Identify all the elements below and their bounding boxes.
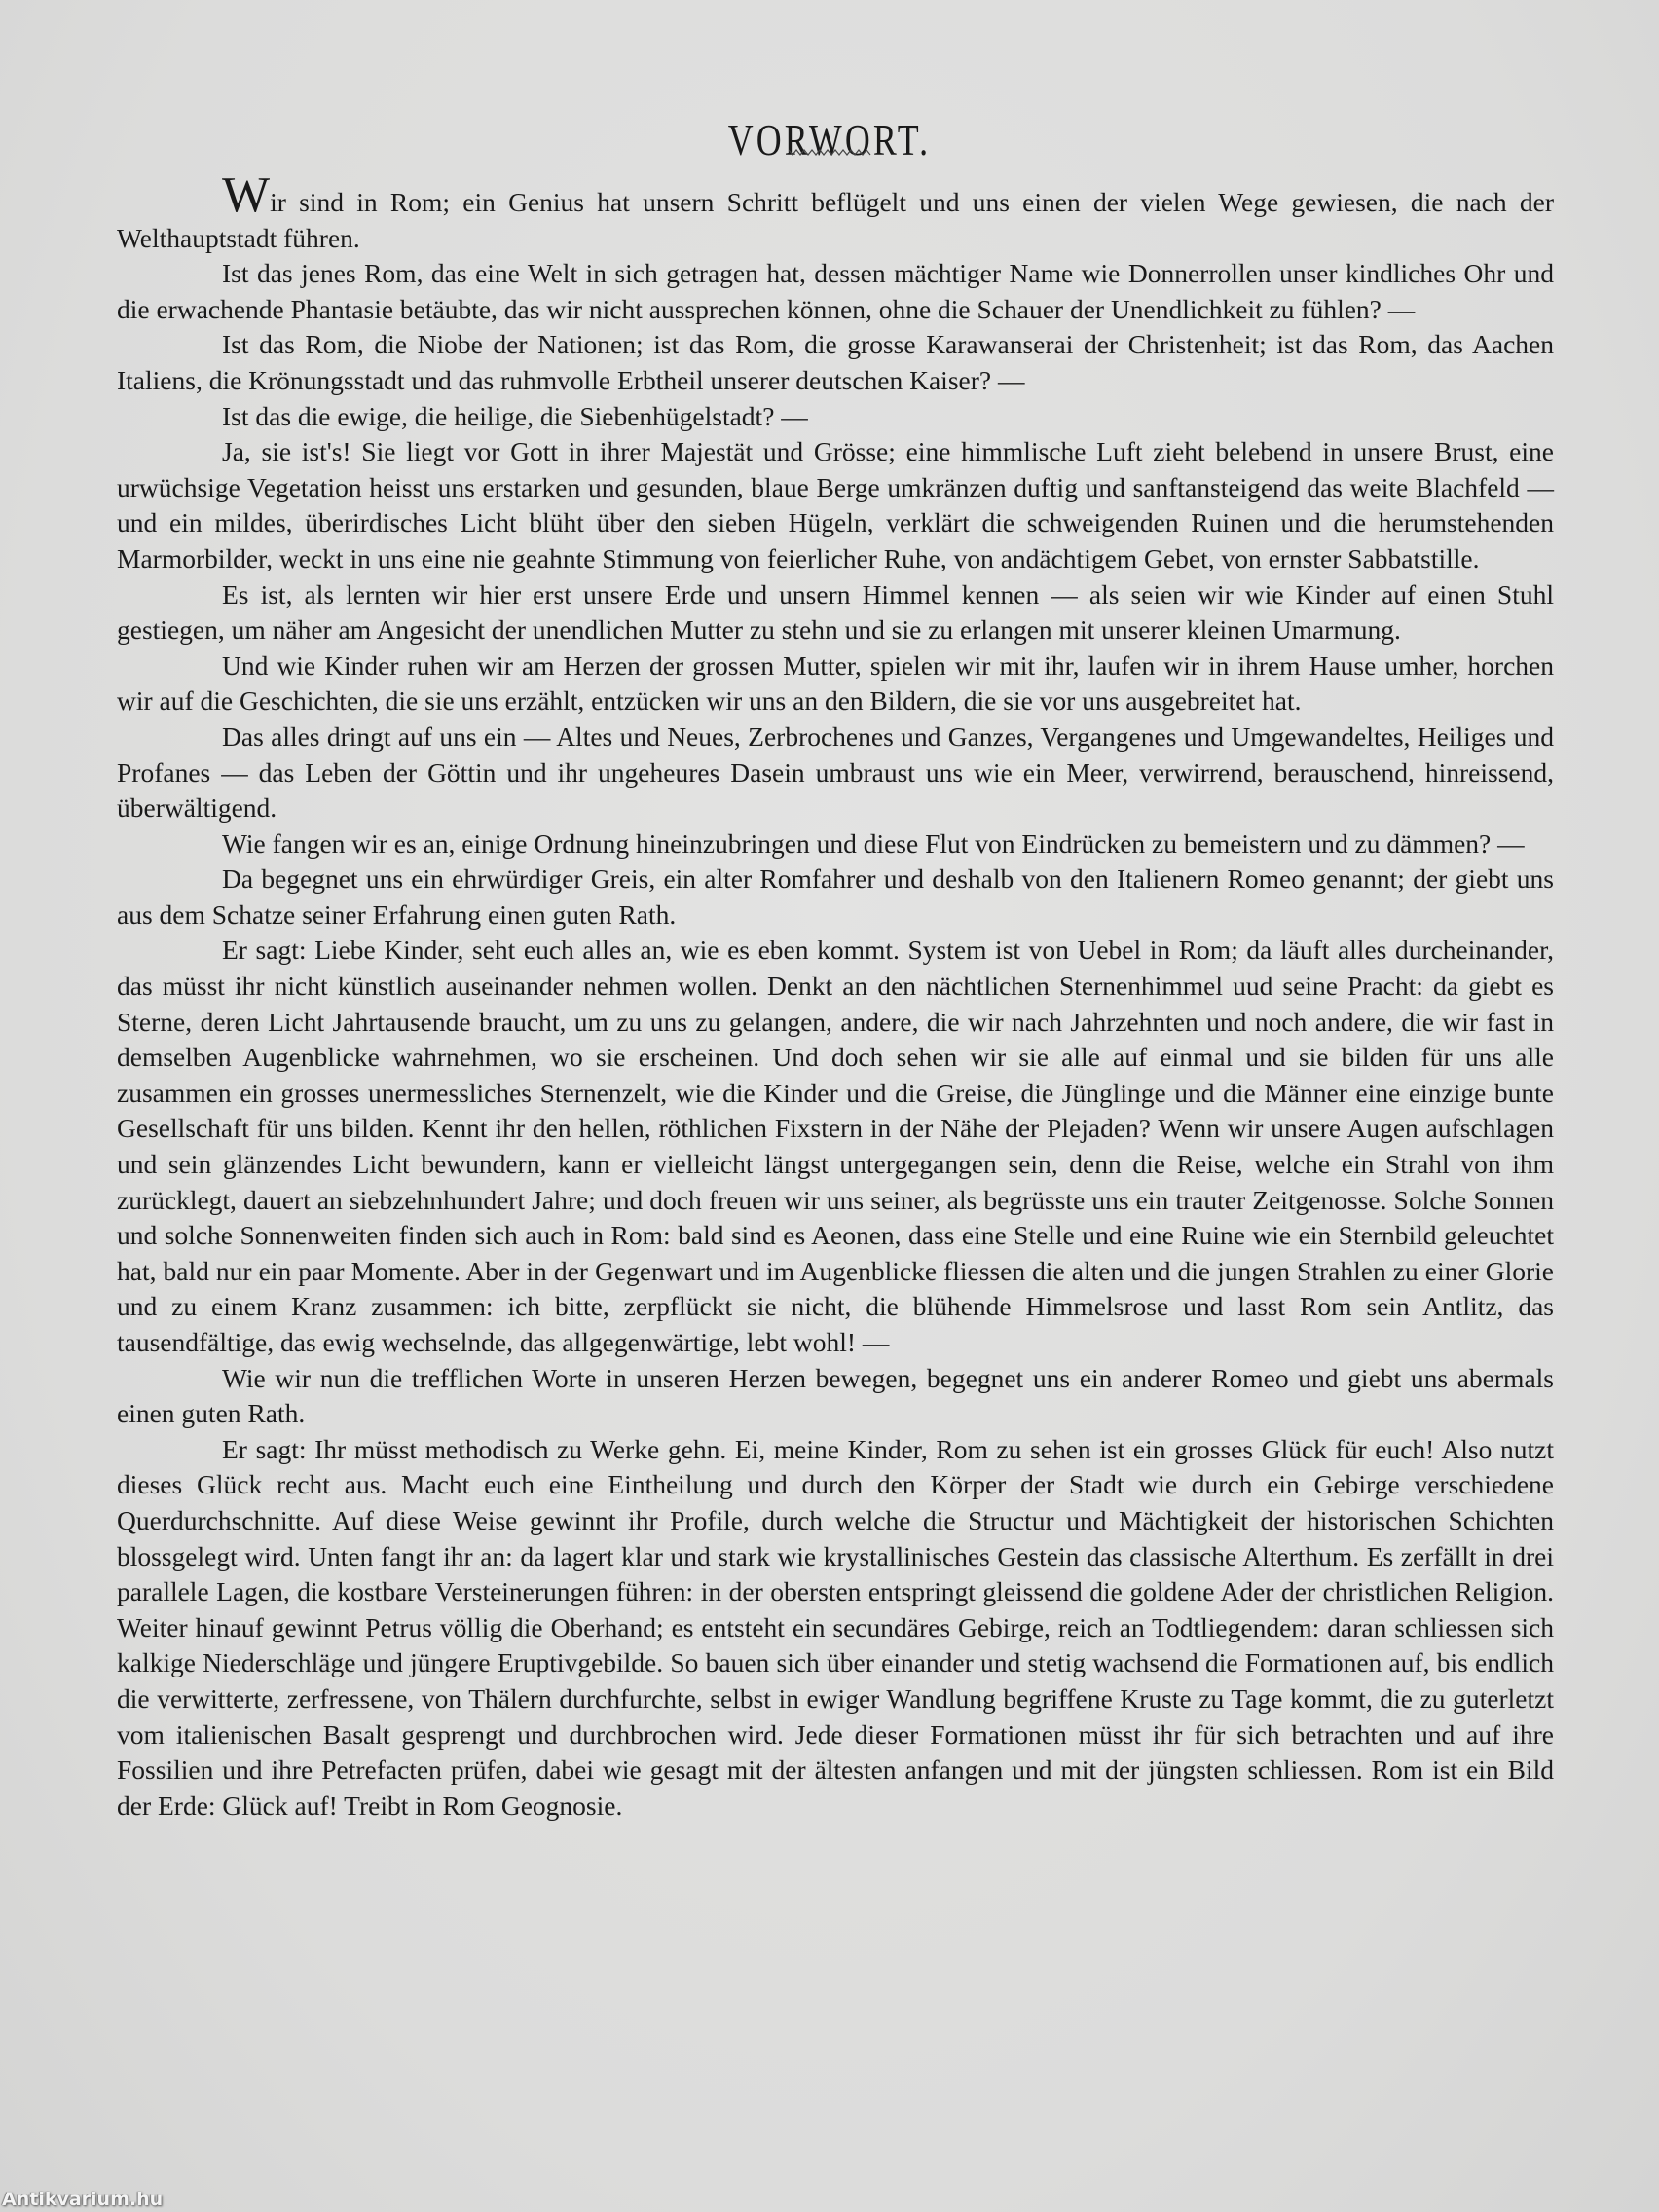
paragraph: Und wie Kinder ruhen wir am Herzen der g…	[117, 648, 1554, 719]
paragraph: Ist das jenes Rom, das eine Welt in sich…	[117, 256, 1554, 327]
body-text: Wir sind in Rom; ein Genius hat unsern S…	[117, 181, 1554, 1824]
paragraph: Er sagt: Liebe Kinder, seht euch alles a…	[117, 933, 1554, 1360]
drop-cap: W	[222, 167, 270, 223]
document-page: VORWORT. Wir sind in Rom; ein Genius hat…	[0, 0, 1659, 2212]
paragraph: Ja, sie ist's! Sie liegt vor Gott in ihr…	[117, 434, 1554, 576]
wavy-rule-ornament	[789, 146, 872, 158]
paragraph: Da begegnet uns ein ehrwürdiger Greis, e…	[117, 862, 1554, 933]
paragraph: Es ist, als lernten wir hier erst unsere…	[117, 577, 1554, 648]
paragraph: Das alles dringt auf uns ein — Altes und…	[117, 719, 1554, 827]
paragraph: Wie wir nun die trefflichen Worte in uns…	[117, 1361, 1554, 1432]
paragraph: Ist das Rom, die Niobe der Nationen; ist…	[117, 327, 1554, 398]
paragraph: Ist das die ewige, die heilige, die Sieb…	[117, 399, 1554, 435]
paragraph: Wir sind in Rom; ein Genius hat unsern S…	[117, 181, 1554, 256]
paragraph: Wie fangen wir es an, einige Ordnung hin…	[117, 827, 1554, 863]
paragraph: Er sagt: Ihr müsst methodisch zu Werke g…	[117, 1432, 1554, 1825]
watermark: Antikvarium.hu	[2, 2189, 163, 2210]
